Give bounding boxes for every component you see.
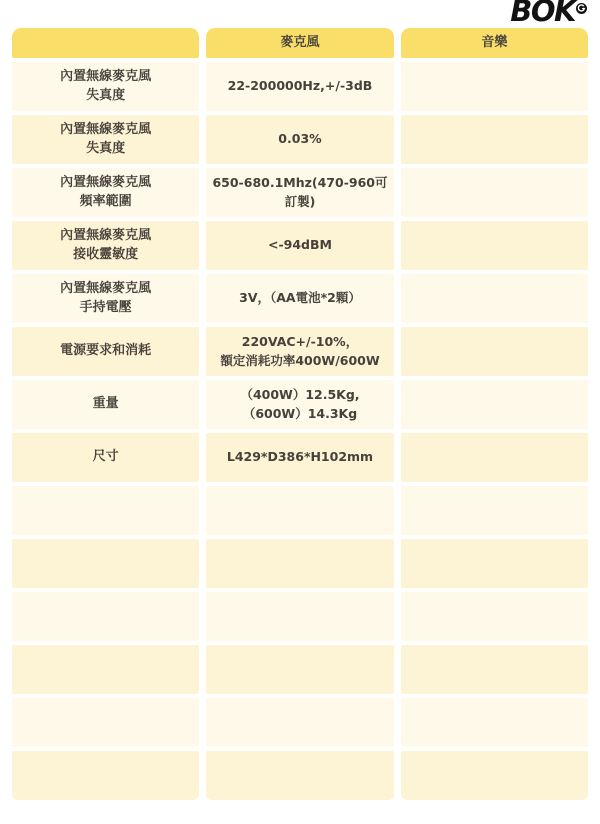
table-row: 電源要求和消耗220VAC+/-10%， 額定消耗功率400W/600W [12,327,588,376]
label-cell-text: 尺寸 [93,448,119,467]
microphone-value-cell-text: 650-680.1Mhz(470-960可訂製) [212,174,387,210]
table-row: 內置無線麥克風 手持電壓3V，（AA電池*2顆） [12,274,588,323]
microphone-value-cell: 0.03% [206,115,393,164]
label-cell [12,592,199,641]
label-cell: 內置無線麥克風 手持電壓 [12,274,199,323]
microphone-value-cell: <-94dBM [206,221,393,270]
table-header-row: 麥克風 音樂 [12,28,588,58]
label-cell [12,698,199,747]
table-row [12,486,588,535]
table-row [12,592,588,641]
table-row [12,645,588,694]
microphone-value-cell: 220VAC+/-10%， 額定消耗功率400W/600W [206,327,393,376]
table-row: 重量（400W）12.5Kg, （600W）14.3Kg [12,380,588,429]
microphone-value-cell: 3V，（AA電池*2顆） [206,274,393,323]
label-cell: 內置無線麥克風 失真度 [12,62,199,111]
music-value-cell [401,433,588,482]
music-value-cell [401,645,588,694]
microphone-value-cell [206,645,393,694]
label-cell-text: 內置無線麥克風 接收靈敏度 [60,227,151,265]
music-value-cell [401,592,588,641]
label-cell: 內置無線麥克風 失真度 [12,115,199,164]
brand-logo-text: BOK [510,0,575,26]
microphone-value-cell-text: 0.03% [278,130,321,148]
label-cell [12,751,199,800]
microphone-value-cell-text: <-94dBM [268,236,332,254]
music-value-cell [401,221,588,270]
microphone-value-cell: 22-200000Hz,+/-3dB [206,62,393,111]
label-cell: 尺寸 [12,433,199,482]
label-cell [12,539,199,588]
microphone-value-cell [206,486,393,535]
microphone-value-cell: L429*D386*H102mm [206,433,393,482]
music-value-cell [401,168,588,217]
table-row: 內置無線麥克風 失真度0.03% [12,115,588,164]
label-cell [12,645,199,694]
microphone-value-cell: 650-680.1Mhz(470-960可訂製) [206,168,393,217]
header-music-text: 音樂 [481,34,507,53]
music-value-cell [401,380,588,429]
header-cell-microphone: 麥克風 [206,28,393,58]
label-cell [12,486,199,535]
table-row: 內置無線麥克風 頻率範圍650-680.1Mhz(470-960可訂製) [12,168,588,217]
label-cell: 內置無線麥克風 頻率範圍 [12,168,199,217]
label-cell: 電源要求和消耗 [12,327,199,376]
label-cell-text: 重量 [93,395,119,414]
table-row: 尺寸L429*D386*H102mm [12,433,588,482]
label-cell: 重量 [12,380,199,429]
music-value-cell [401,327,588,376]
microphone-value-cell-text: L429*D386*H102mm [227,448,373,466]
music-value-cell [401,539,588,588]
header-cell-blank [12,28,199,58]
microphone-value-cell: （400W）12.5Kg, （600W）14.3Kg [206,380,393,429]
microphone-value-cell [206,592,393,641]
header-cell-music: 音樂 [401,28,588,58]
table-row [12,539,588,588]
label-cell-text: 內置無線麥克風 頻率範圍 [60,174,151,212]
header-microphone-text: 麥克風 [280,34,319,53]
table-row: 內置無線麥克風 接收靈敏度<-94dBM [12,221,588,270]
microphone-value-cell-text: 3V，（AA電池*2顆） [239,289,361,307]
microphone-value-cell-text: （400W）12.5Kg, （600W）14.3Kg [240,386,359,422]
music-value-cell [401,751,588,800]
table-row: 內置無線麥克風 失真度22-200000Hz,+/-3dB [12,62,588,111]
microphone-value-cell [206,751,393,800]
music-value-cell [401,274,588,323]
microphone-value-cell [206,539,393,588]
label-cell-text: 內置無線麥克風 手持電壓 [60,280,151,318]
label-cell-text: 內置無線麥克風 失真度 [60,68,151,106]
music-value-cell [401,486,588,535]
music-value-cell [401,115,588,164]
microphone-value-cell-text: 220VAC+/-10%， 額定消耗功率400W/600W [220,333,379,369]
music-value-cell [401,62,588,111]
brand-logo: BOK [510,0,587,26]
spec-table: 麥克風 音樂 內置無線麥克風 失真度22-200000Hz,+/-3dB內置無線… [12,28,588,800]
circle-note-icon [576,0,587,18]
table-row [12,698,588,747]
music-value-cell [401,698,588,747]
microphone-value-cell [206,698,393,747]
label-cell-text: 電源要求和消耗 [60,342,151,361]
table-row [12,751,588,800]
microphone-value-cell-text: 22-200000Hz,+/-3dB [228,77,373,95]
label-cell-text: 內置無線麥克風 失真度 [60,121,151,159]
label-cell: 內置無線麥克風 接收靈敏度 [12,221,199,270]
